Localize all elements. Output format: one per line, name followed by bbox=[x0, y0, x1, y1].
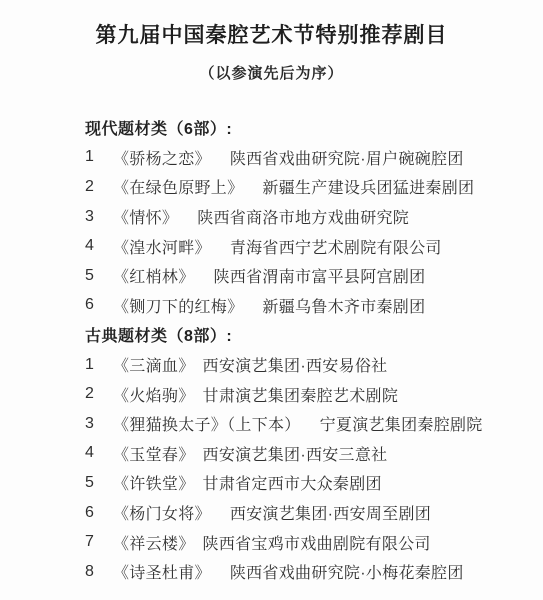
list-item: 7 《祥云楼》 陕西省宝鸡市戏曲剧院有限公司 bbox=[85, 527, 523, 557]
list-item: 1 《骄杨之恋》 陕西省戏曲研究院·眉户碗碗腔团 bbox=[85, 143, 523, 173]
troupe-name: 宁夏演艺集团秦腔剧院 bbox=[320, 412, 483, 435]
list-item: 6 《铡刀下的红梅》 新疆乌鲁木齐市秦剧团 bbox=[85, 291, 523, 321]
troupe-name: 陕西省商洛市地方戏曲研究院 bbox=[197, 205, 409, 228]
troupe-name: 陕西省渭南市富平县阿宫剧团 bbox=[214, 264, 426, 287]
list-item: 6 《杨门女将》 西安演艺集团·西安周至剧团 bbox=[85, 498, 523, 528]
play-title: 《情怀》 bbox=[113, 205, 178, 228]
section-heading: 古典题材类（8部）: bbox=[85, 320, 523, 350]
play-title: 《红梢林》 bbox=[113, 264, 195, 287]
item-number: 4 bbox=[85, 237, 113, 255]
play-title: 《在绿色原野上》 bbox=[113, 175, 243, 198]
section-heading: 现代题材类（6部）: bbox=[85, 113, 523, 143]
item-number: 2 bbox=[85, 178, 113, 196]
play-title: 《杨门女将》 bbox=[113, 501, 211, 524]
item-number: 7 bbox=[85, 533, 113, 551]
troupe-name: 甘肃省定西市大众秦剧团 bbox=[203, 471, 382, 494]
play-title: 《骄杨之恋》 bbox=[113, 146, 211, 169]
item-number: 6 bbox=[85, 296, 113, 314]
play-title: 《铡刀下的红梅》 bbox=[113, 294, 243, 317]
list-item: 5 《许铁堂》 甘肃省定西市大众秦剧团 bbox=[85, 468, 523, 498]
page-subtitle: （以参演先后为序） bbox=[0, 62, 543, 83]
item-number: 1 bbox=[85, 356, 113, 374]
troupe-name: 新疆生产建设兵团猛进秦剧团 bbox=[262, 175, 474, 198]
list-item: 8 《诗圣杜甫》 陕西省戏曲研究院·小梅花秦腔团 bbox=[85, 557, 523, 587]
item-number: 3 bbox=[85, 415, 113, 433]
play-title: 《三滴血》 bbox=[113, 353, 195, 376]
play-title: 《火焰驹》 bbox=[113, 383, 195, 406]
troupe-name: 青海省西宁艺术剧院有限公司 bbox=[230, 235, 442, 258]
item-number: 4 bbox=[85, 444, 113, 462]
list-item: 3 《情怀》 陕西省商洛市地方戏曲研究院 bbox=[85, 202, 523, 232]
item-number: 3 bbox=[85, 208, 113, 226]
list-item: 1 《三滴血》 西安演艺集团·西安易俗社 bbox=[85, 350, 523, 380]
troupe-name: 陕西省戏曲研究院·眉户碗碗腔团 bbox=[230, 146, 464, 169]
play-title: 《祥云楼》 bbox=[113, 531, 195, 554]
item-number: 5 bbox=[85, 267, 113, 285]
troupe-name: 陕西省宝鸡市戏曲剧院有限公司 bbox=[203, 531, 431, 554]
item-number: 1 bbox=[85, 148, 113, 166]
troupe-name: 西安演艺集团·西安三意社 bbox=[203, 442, 388, 465]
play-title: 《玉堂春》 bbox=[113, 442, 195, 465]
item-number: 2 bbox=[85, 385, 113, 403]
play-title: 《许铁堂》 bbox=[113, 471, 195, 494]
troupe-name: 甘肃演艺集团秦腔艺术剧院 bbox=[203, 383, 399, 406]
troupe-name: 陕西省戏曲研究院·小梅花秦腔团 bbox=[230, 560, 464, 583]
page-title: 第九届中国秦腔艺术节特别推荐剧目 bbox=[0, 0, 543, 49]
list-item: 2 《在绿色原野上》 新疆生产建设兵团猛进秦剧团 bbox=[85, 172, 523, 202]
item-number: 6 bbox=[85, 504, 113, 522]
troupe-name: 西安演艺集团·西安易俗社 bbox=[203, 353, 388, 376]
item-number: 8 bbox=[85, 563, 113, 581]
troupe-name: 新疆乌鲁木齐市秦剧团 bbox=[262, 294, 425, 317]
item-number: 5 bbox=[85, 474, 113, 492]
list-item: 4 《玉堂春》 西安演艺集团·西安三意社 bbox=[85, 439, 523, 469]
list-item: 3 《狸猫换太子》（上下本） 宁夏演艺集团秦腔剧院 bbox=[85, 409, 523, 439]
troupe-name: 西安演艺集团·西安周至剧团 bbox=[230, 501, 431, 524]
play-title: 《诗圣杜甫》 bbox=[113, 560, 211, 583]
play-title: 《湟水河畔》 bbox=[113, 235, 211, 258]
document-page: 第九届中国秦腔艺术节特别推荐剧目 （以参演先后为序） 现代题材类（6部）: 1 … bbox=[0, 0, 543, 600]
list-item: 4 《湟水河畔》 青海省西宁艺术剧院有限公司 bbox=[85, 231, 523, 261]
play-title: 《狸猫换太子》（上下本） bbox=[113, 412, 301, 435]
list-item: 2 《火焰驹》 甘肃演艺集团秦腔艺术剧院 bbox=[85, 379, 523, 409]
play-list: 现代题材类（6部）: 1 《骄杨之恋》 陕西省戏曲研究院·眉户碗碗腔团 2 《在… bbox=[0, 113, 543, 587]
list-item: 5 《红梢林》 陕西省渭南市富平县阿宫剧团 bbox=[85, 261, 523, 291]
